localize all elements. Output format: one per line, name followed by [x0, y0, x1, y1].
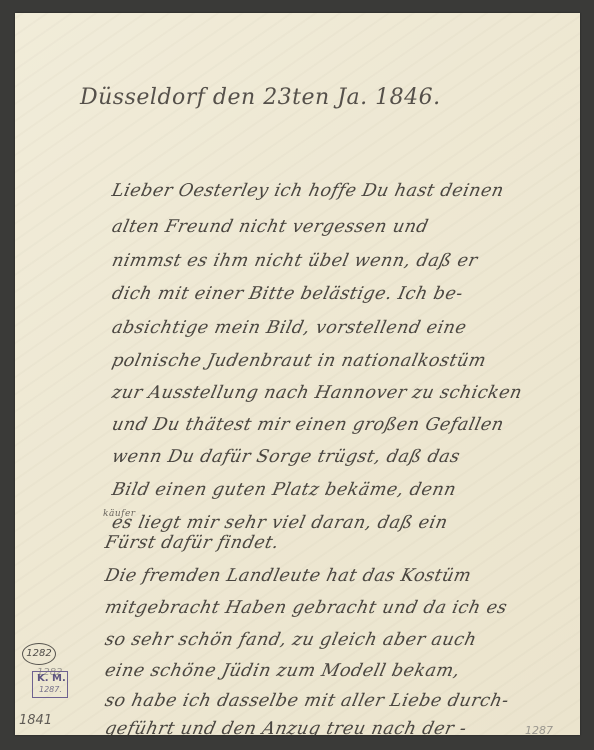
letter-line-1: Lieber Oesterley ich hoffe Du hast deine… [110, 181, 506, 201]
letter-line-7: zur Ausstellung nach Hannover zu schicke… [110, 383, 524, 403]
archive-stamp: K. M. 1287. [32, 671, 68, 698]
letter-line-2: alten Freund nicht vergessen und [110, 217, 430, 237]
letter-line-15: so sehr schön fand, zu gleich aber auch [103, 630, 478, 650]
letter-line-8: und Du thätest mir einen großen Gefallen [110, 415, 506, 435]
letter-line-4: dich mit einer Bitte belästige. Ich be- [110, 284, 465, 304]
archive-stamp-number: 1287. [39, 685, 62, 694]
letter-line-17: so habe ich dasselbe mit aller Liebe dur… [103, 691, 511, 711]
letter-line-12: Fürst dafür findet. [103, 533, 281, 553]
letter-dateline: Düsseldorf den 23ten Ja. 1846. [80, 85, 441, 110]
letter-line-5: absichtige mein Bild, vorstellend eine [110, 318, 468, 338]
letter-line-13: Die fremden Landleute hat das Kostüm [103, 566, 473, 586]
letter-line-16: eine schöne Jüdin zum Modell bekam, [103, 661, 462, 681]
letter-line-14: mitgebracht Haben gebracht und da ich es [103, 598, 509, 618]
archive-stamp-label: K. M. [37, 673, 66, 684]
letter-page: Düsseldorf den 23ten Ja. 1846. Lieber Oe… [15, 13, 580, 735]
archive-bottom-right-number: 1287 [525, 724, 553, 735]
letter-line-18: geführt und den Anzug treu nach der - [103, 719, 468, 735]
letter-line-9: wenn Du dafür Sorge trügst, daß das [110, 447, 462, 467]
letter-line-6: polnische Judenbraut in nationalkostüm [110, 351, 488, 371]
archive-year-note: 1841 [19, 713, 52, 728]
letter-line-10: Bild einen guten Platz bekäme, denn [110, 480, 458, 500]
letter-line-3: nimmst es ihm nicht übel wenn, daß er [110, 251, 479, 271]
letter-line-11: es liegt mir sehr viel daran, daß ein [110, 513, 450, 533]
interlinear-insert: käufer [103, 509, 136, 519]
archive-oval-number: 1282 [22, 643, 56, 665]
